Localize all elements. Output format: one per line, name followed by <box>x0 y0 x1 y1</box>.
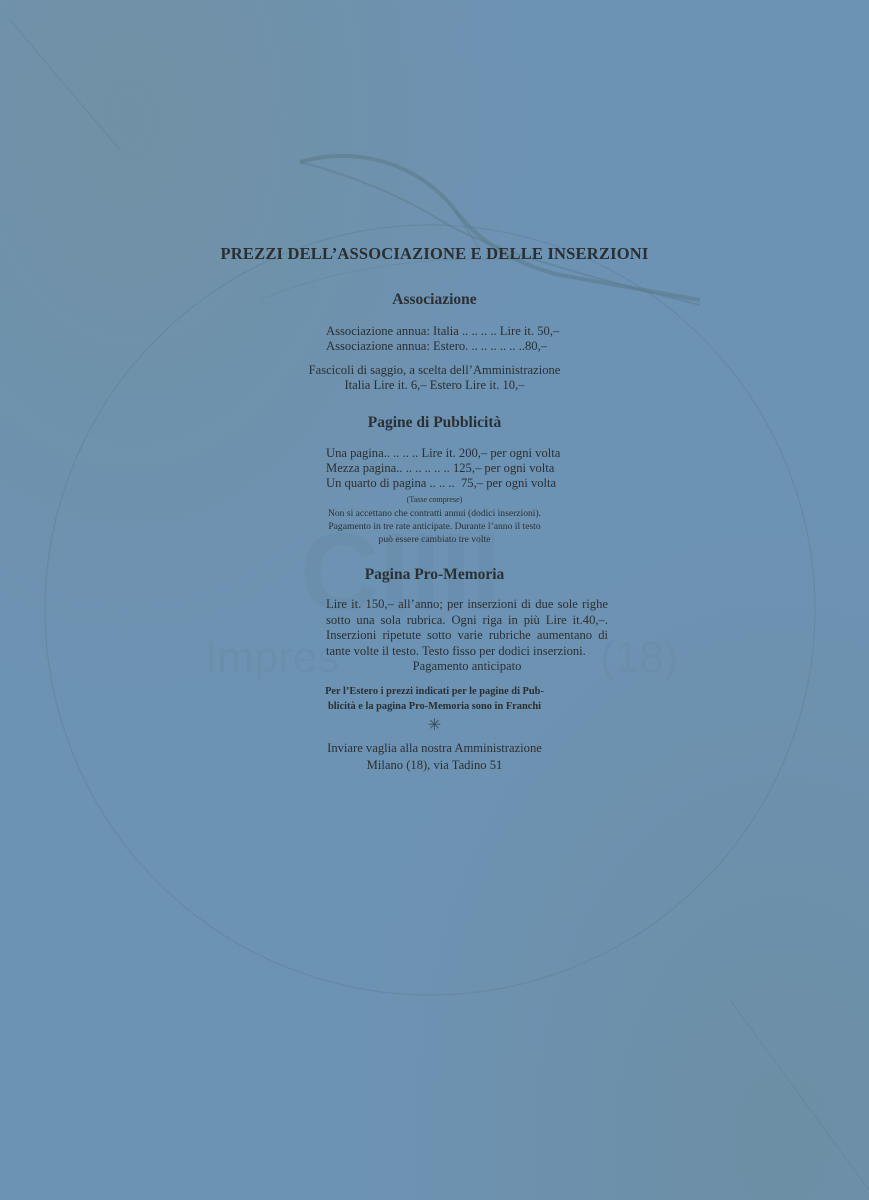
conditions-line-2: Pagamento in tre rate anticipate. Durant… <box>0 520 869 533</box>
fascicoli-line-2: Italia Lire it. 6,– Estero Lire it. 10,– <box>0 378 869 392</box>
heading-associazione: Associazione <box>0 291 869 309</box>
svg-text:Impres: Impres <box>205 633 339 682</box>
page-title: PREZZI DELL’ASSOCIAZIONE E DELLE INSERZI… <box>0 244 869 264</box>
document-page: CIIII Impres (18) PREZZI DELL’ASSOCIAZIO… <box>0 0 869 1200</box>
conditions-line-1: Non si accettano che contratti annui (do… <box>0 507 869 520</box>
estero-note-line-2: blicità e la pagina Pro-Memoria sono in … <box>0 699 869 714</box>
price-line-italia: Associazione annua: Italia .. .. .. .. L… <box>326 324 559 338</box>
fascicoli-line-1: Fascicoli di saggio, a scelta dell’Ammin… <box>0 363 869 377</box>
footer-line-1: Inviare vaglia alla nostra Amministrazio… <box>0 741 869 755</box>
heading-pubblicita: Pagine di Pubblicità <box>0 414 869 432</box>
pro-memoria-body: Lire it. 150,– all’anno; per inserzioni … <box>326 597 608 675</box>
ad-price-full-page: Una pagina.. .. .. .. Lire it. 200,– per… <box>326 446 560 460</box>
footer-address: Milano (18), via Tadino 51 <box>0 758 869 772</box>
ad-price-quarter-page: Un quarto di pagina .. .. .. 75,– per og… <box>326 476 556 490</box>
pro-memoria-last-line: Pagamento anticipato <box>326 659 608 675</box>
conditions-line-3: può essere cambiato tre volte <box>0 533 869 546</box>
price-line-estero: Associazione annua: Estero. .. .. .. .. … <box>326 339 547 353</box>
asterisk-separator-icon: ✳ <box>0 719 869 733</box>
tax-note: (Tasse comprese) <box>0 493 869 507</box>
pro-memoria-text: Lire it. 150,– all’anno; per inserzioni … <box>326 597 608 658</box>
ad-price-half-page: Mezza pagina.. .. .. .. .. .. 125,– per … <box>326 461 554 475</box>
heading-pro-memoria: Pagina Pro-Memoria <box>0 566 869 584</box>
svg-text:(18): (18) <box>600 633 678 682</box>
estero-note-line-1: Per l’Estero i prezzi indicati per le pa… <box>0 684 869 699</box>
